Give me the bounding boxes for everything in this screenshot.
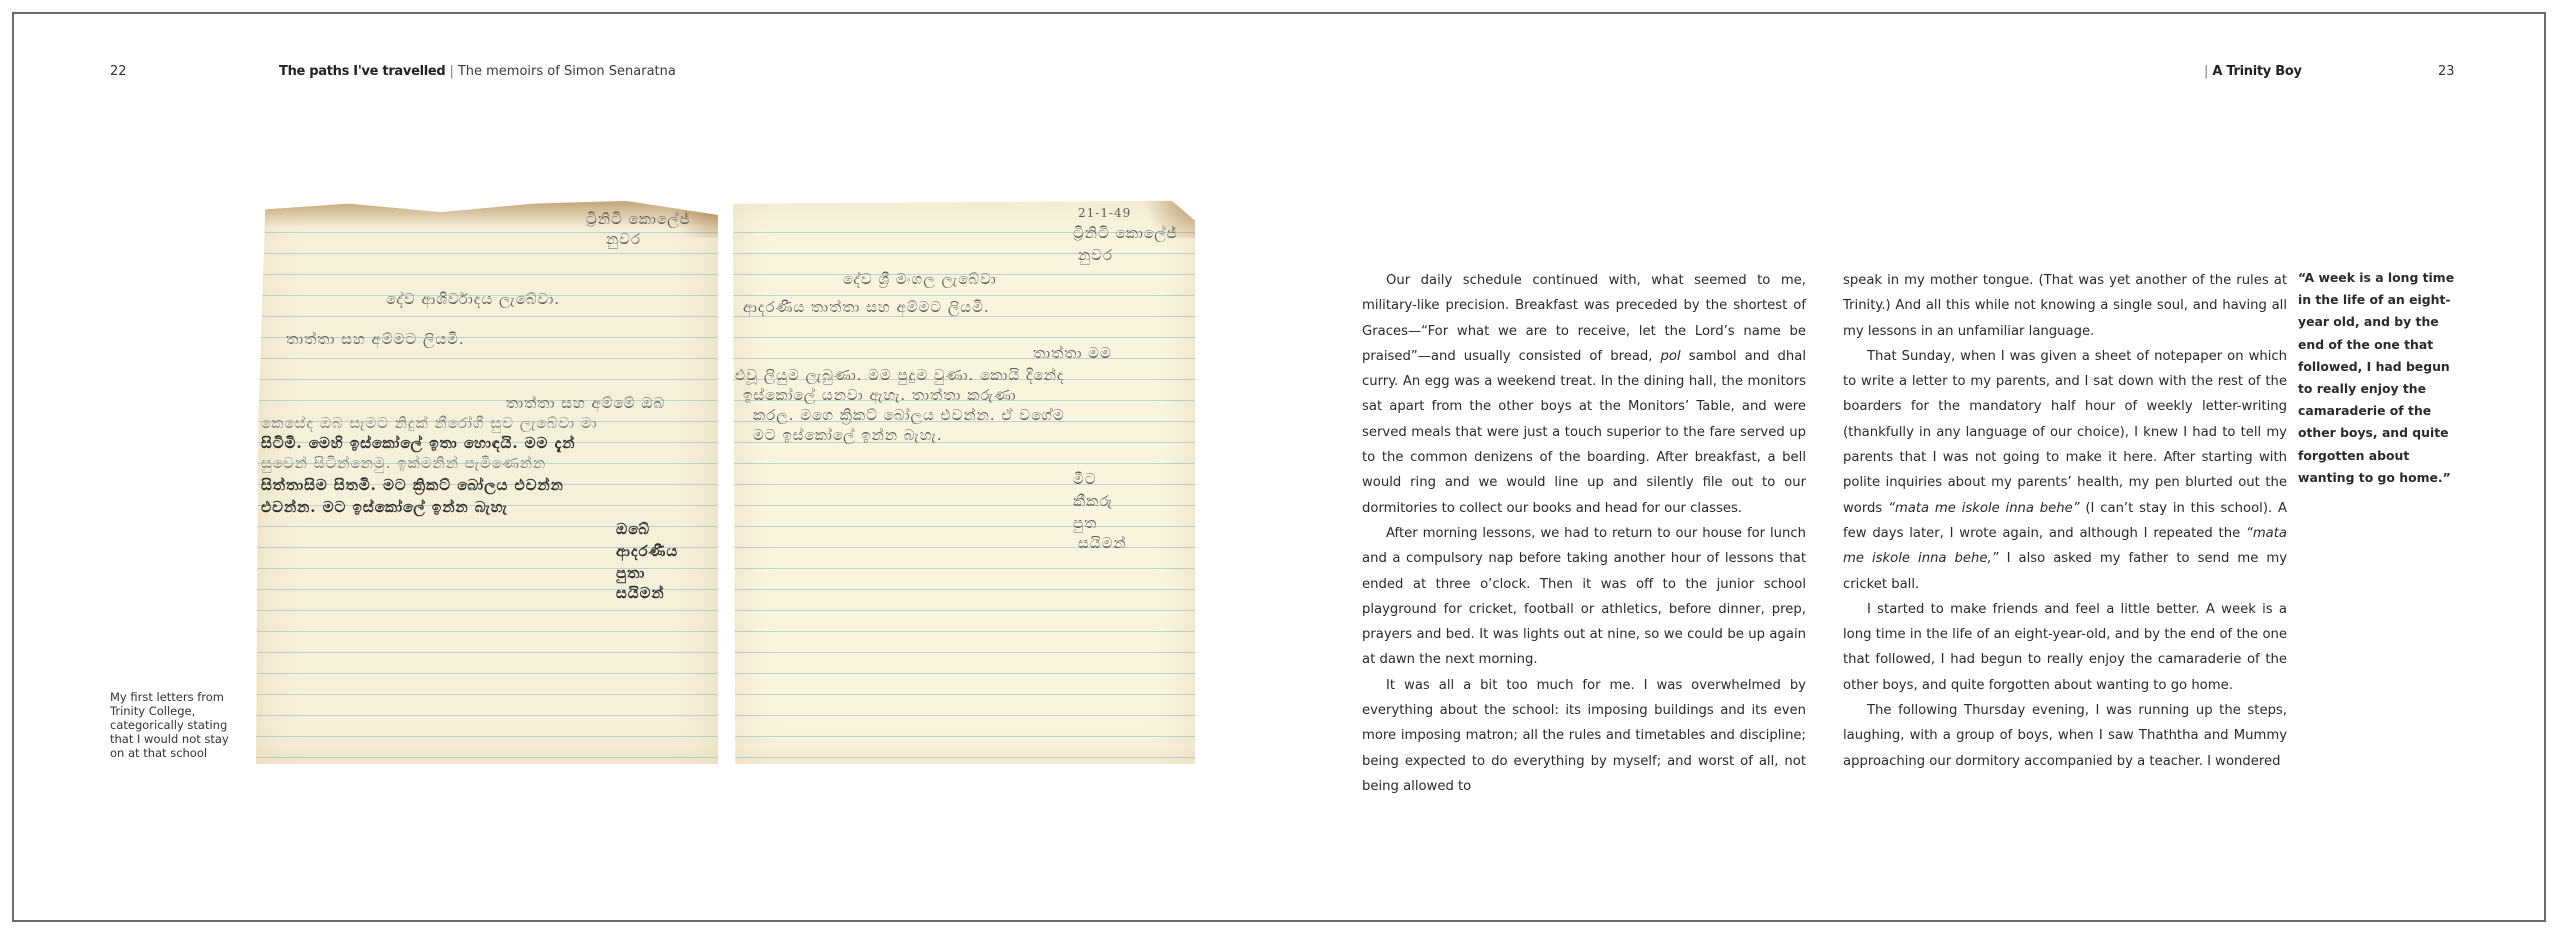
right-running-head: |A Trinity Boy [2200,64,2302,79]
letter-salutation: දේව ශ්‍රී මංගල ලැබේවා [843,270,997,288]
letter-line: කෙසේද ඔබ සැමට නිදුක් නීරෝගී සුව ලැබේවා ම… [261,414,598,432]
running-head-separator: | [449,64,453,79]
paragraph: It was all a bit too much for me. I was … [1362,673,1806,799]
paragraph: speak in my mother tongue. (That was yet… [1843,268,2287,344]
letter-line: තාත්තා සහ අම්මට ලියමි. [286,330,465,348]
running-head-separator: | [2204,64,2208,79]
pull-quote: “A week is a long time in the life of an… [2298,267,2466,489]
right-page-number: 23 [2438,64,2455,79]
letter-signature: මීට [1073,470,1097,488]
chapter-title: A Trinity Boy [2212,64,2301,79]
letter-line: ඉස්කෝලේ යනවා ඇහැ. තාත්තා කරුණා [743,386,1017,404]
letter-salutation: දේව ආශිර්වාදය ලැබේවා. [386,290,560,308]
letter-signature: පුතා [616,564,645,582]
letter-signature: සයිමන් [1078,534,1127,552]
paragraph: Our daily schedule continued with, what … [1362,268,1806,521]
left-running-head: The paths I've travelled|The memoirs of … [279,64,676,79]
letter-line: සුවෙන් සිටින්නෙමු. ඉක්මනින් පැමිණෙන්න [261,454,546,472]
letter-line: තාත්තා සහ අම්මේ ඔබ [506,394,665,412]
letter-address-line: ට්‍රිනිටි කොලේජ් [1073,224,1178,242]
letter-signature: ආදරණීය [616,542,678,560]
letter-line: මට ඉස්කෝලේ ඉන්න බැහැ. [753,426,942,444]
letter-line: එවූ ලියුම ලැබුණා. මම පුදුම වුණා. කොයි දි… [735,366,1065,384]
letter-line: තාත්තා මම [1033,344,1112,362]
figure-caption: My first letters from Trinity College, c… [110,690,240,760]
letter-date: 21-1-49 [1078,206,1131,220]
letter-line: කරල. මගෙ ක්‍රිකට් බෝලය එවන්න. ඒ වගේම [753,406,1065,424]
letter-address-line: නුවර [606,230,641,248]
letter-image-1: ට්‍රිනිටි කොලේජ් නුවර දේව ආශිර්වාදය ලැබේ… [256,198,718,764]
left-page-number: 22 [110,64,127,79]
paragraph: I started to make friends and feel a lit… [1843,597,2287,698]
paragraph: That Sunday, when I was given a sheet of… [1843,344,2287,597]
letter-signature: සයිමන් [616,584,665,602]
letter-signature: කීකරු [1073,492,1113,510]
body-column-1: Our daily schedule continued with, what … [1362,268,1806,799]
letter-line: ආදරණීය තාත්තා සහ අම්මට ලියමි. [743,298,990,316]
paragraph: After morning lessons, we had to return … [1362,521,1806,673]
letter-signature: පුත [1073,514,1097,532]
letter-line: සිටිමි. මෙහි ඉස්කෝලේ ඉතා හොඳයි. මම දැන් [261,434,575,452]
paragraph: The following Thursday evening, I was ru… [1843,698,2287,774]
letter-address-line: නුවර [1078,246,1113,264]
body-column-2: speak in my mother tongue. (That was yet… [1843,268,2287,774]
letter-signature: ඔබේ [616,520,650,538]
book-subtitle: The memoirs of Simon Senaratna [458,64,676,79]
letter-line: සිත්තාසිම සිතමි. මට ක්‍රිකට් බෝලය එවන්න [261,476,564,494]
letter-line: එවන්න. මට ඉස්කෝලේ ඉන්න බැහැ [261,498,508,516]
letter-address-line: ට්‍රිනිටි කොලේජ් [586,210,691,228]
letter-image-2: 21-1-49 ට්‍රිනිටි කොලේජ් නුවර දේව ශ්‍රී … [733,198,1195,764]
book-title: The paths I've travelled [279,64,445,79]
